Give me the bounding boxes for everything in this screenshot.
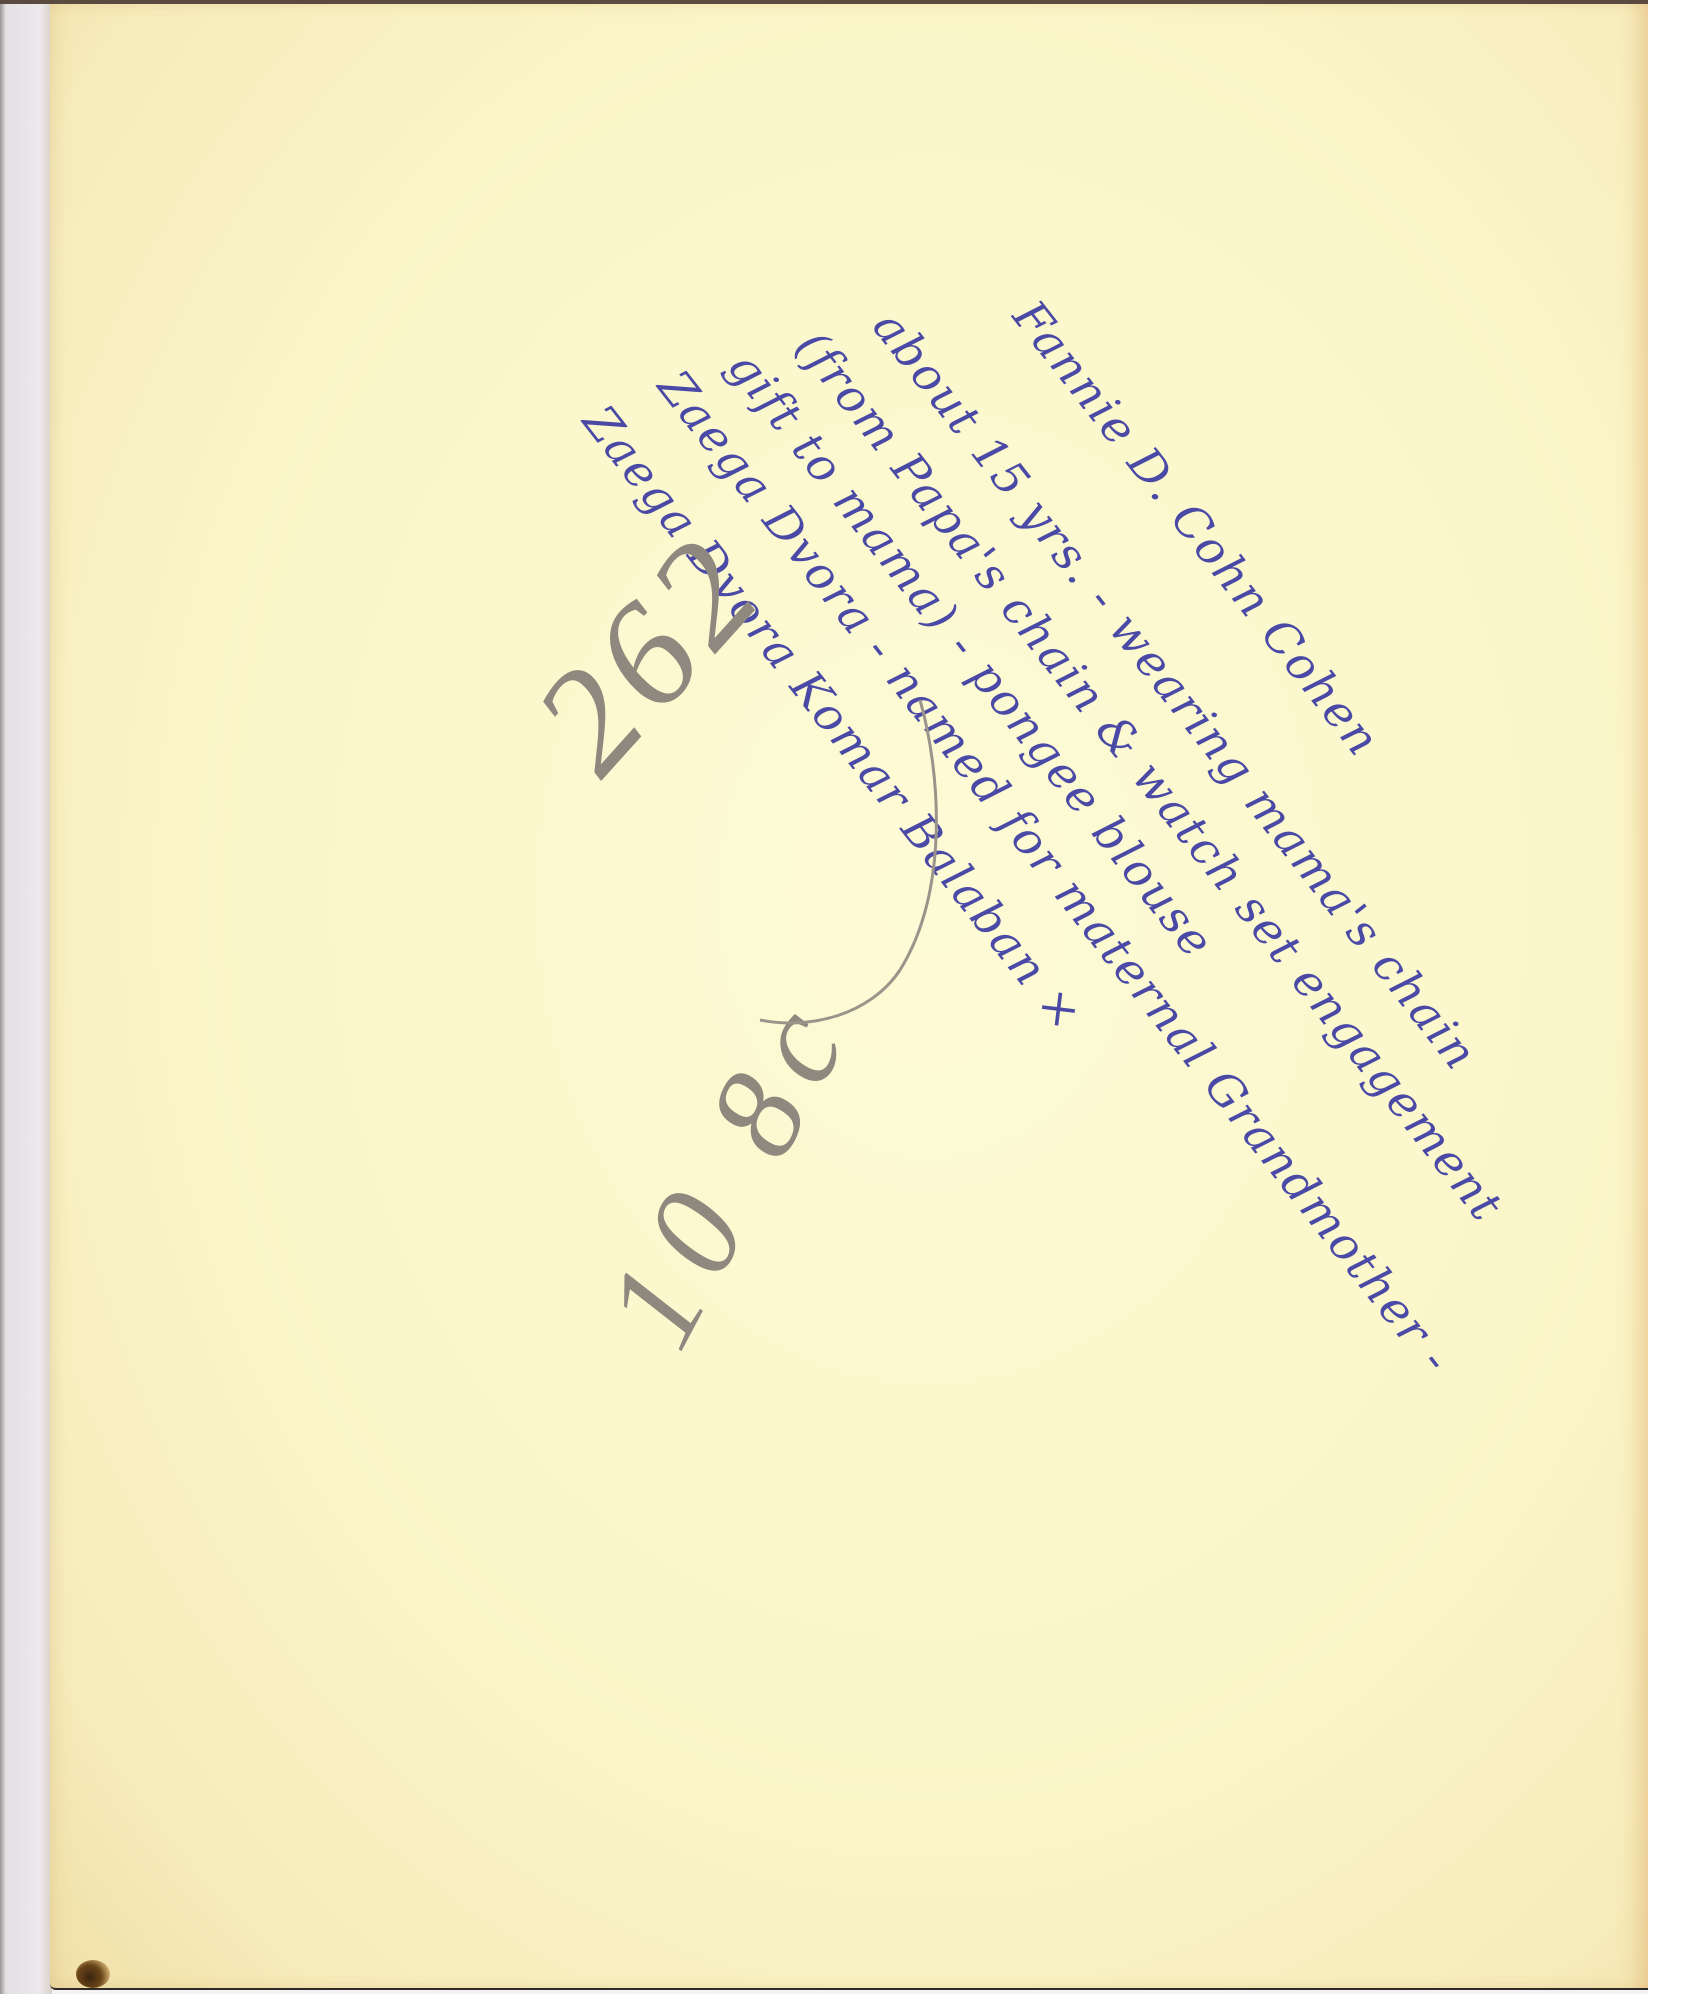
- scanner-margin-right: [1648, 0, 1700, 1994]
- pencil-circle-arc: [750, 690, 950, 1050]
- corner-stain: [76, 1960, 110, 1988]
- scanner-margin-left: [0, 0, 52, 1994]
